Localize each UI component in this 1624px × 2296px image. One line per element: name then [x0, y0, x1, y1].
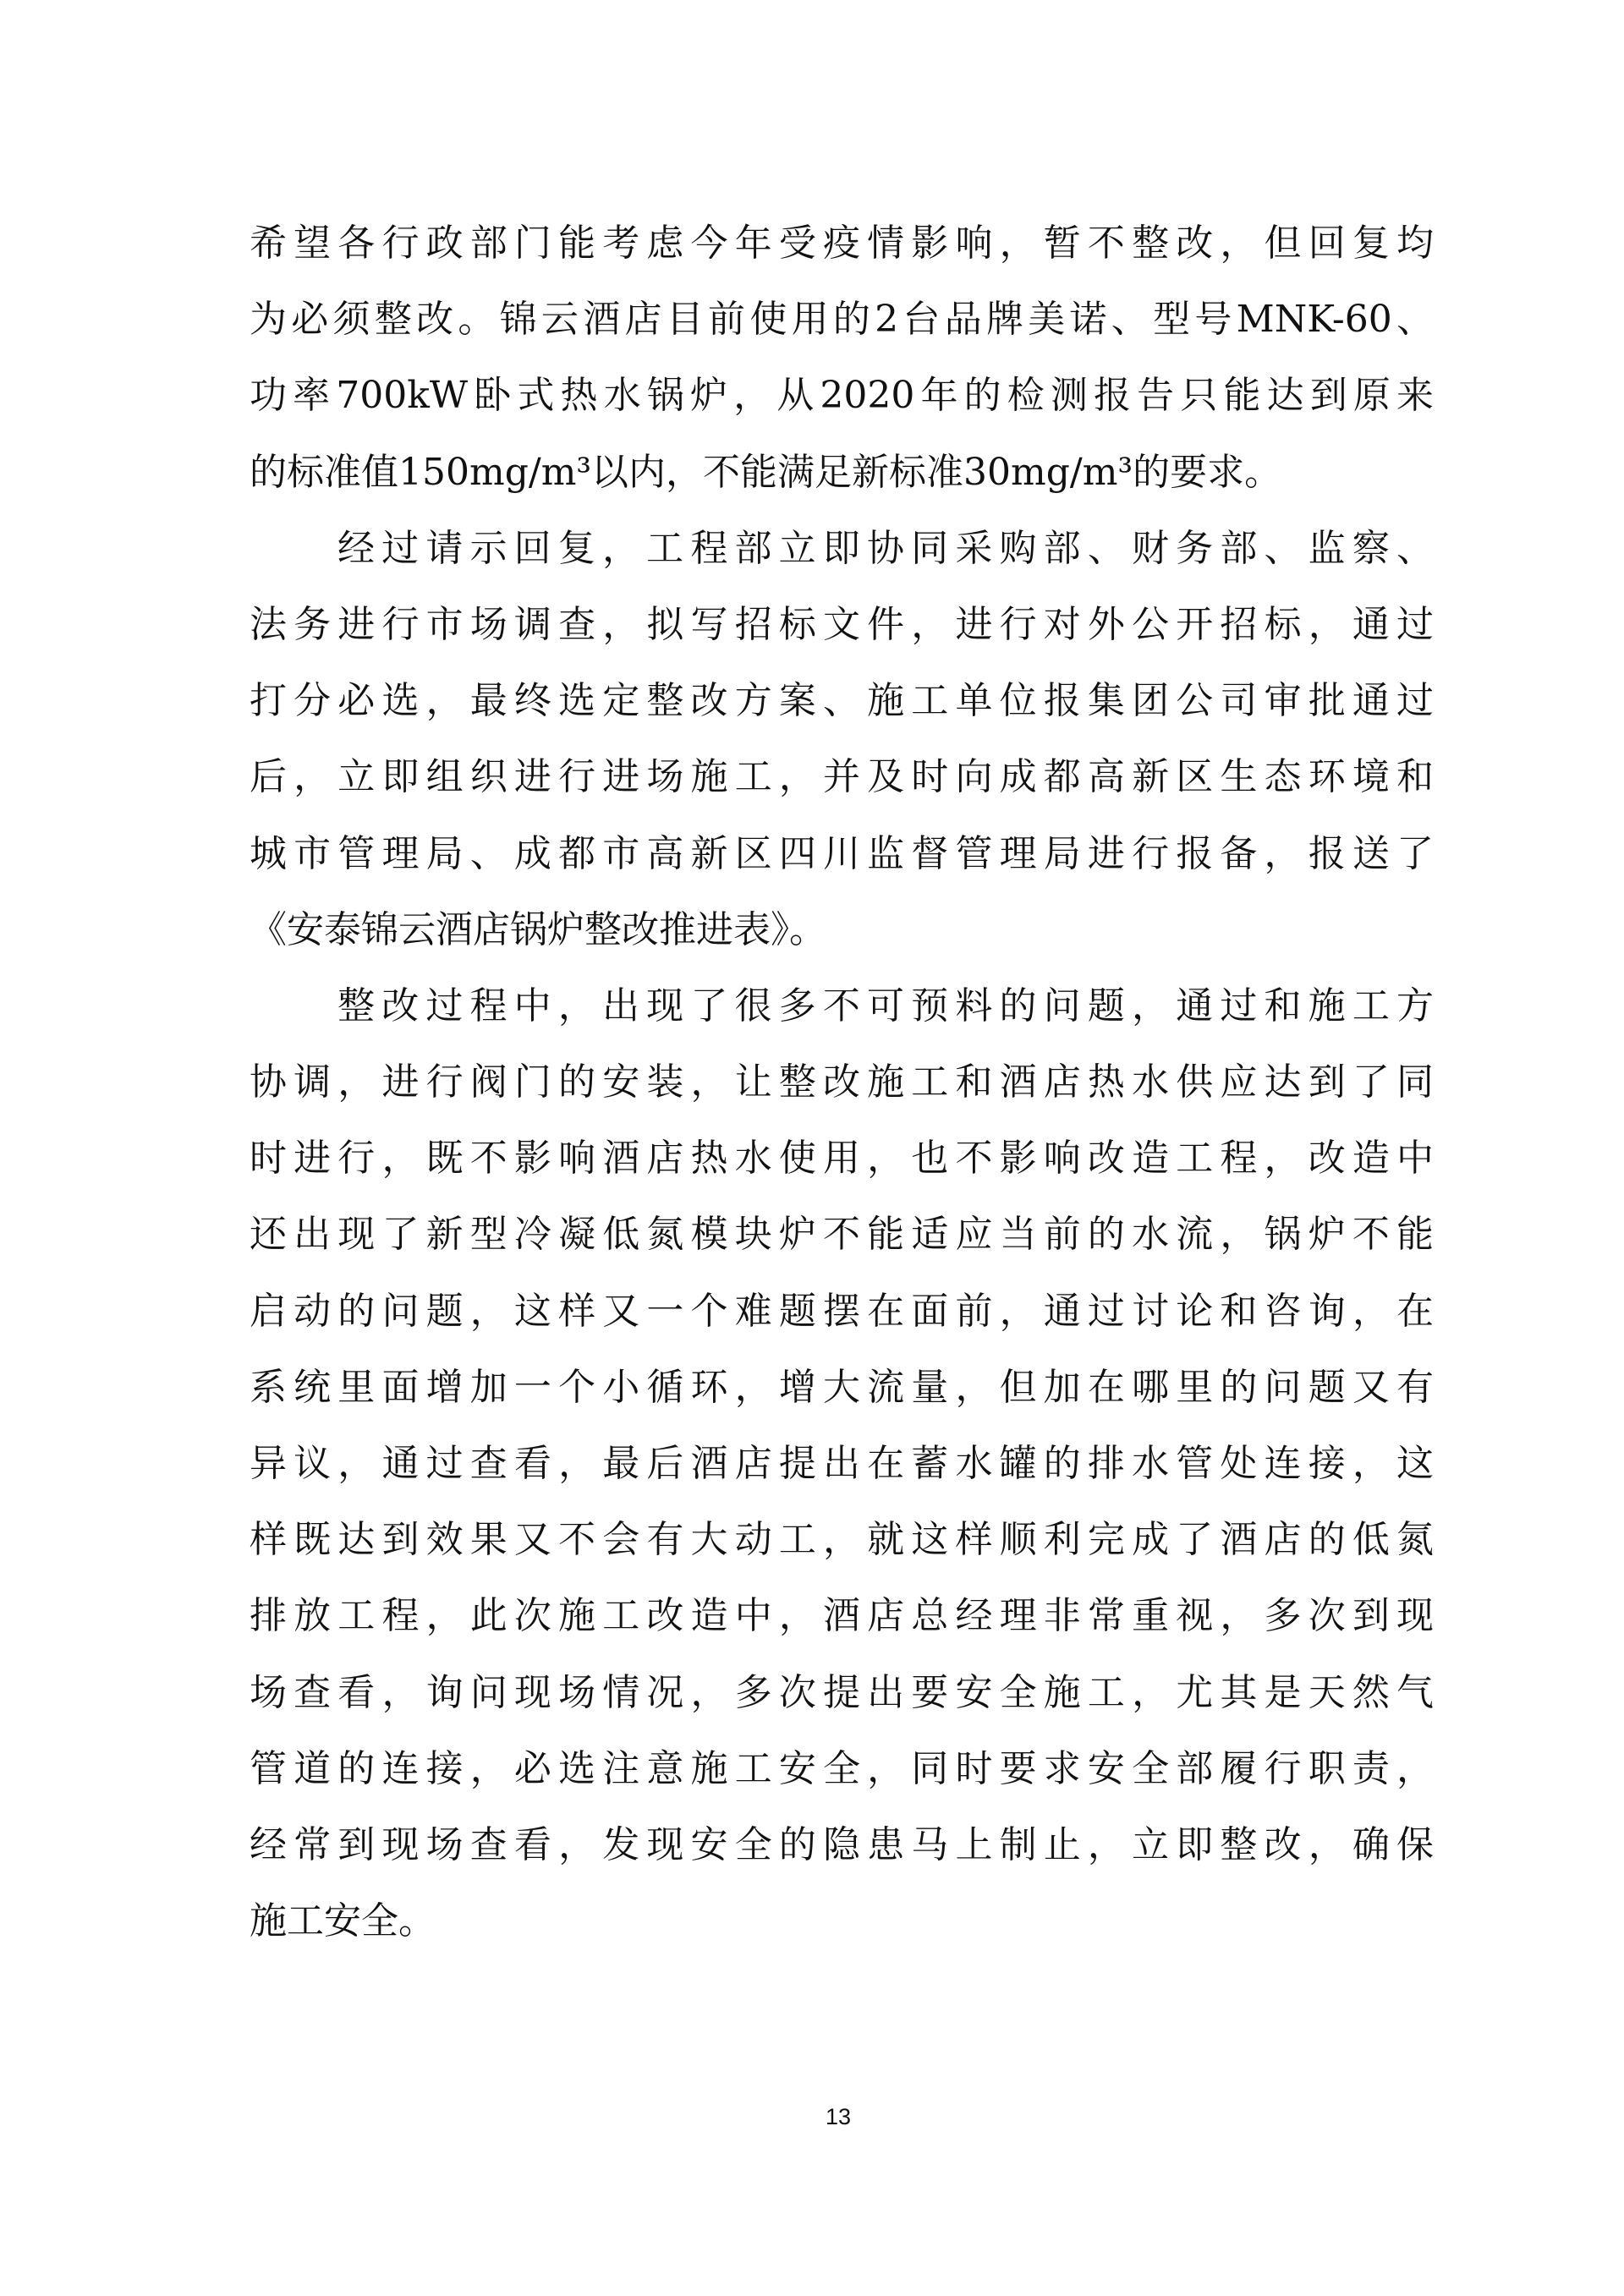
text-line: 《安泰锦云酒店锅炉整改推进表》。 [250, 892, 1434, 968]
text-line: 经过请示回复，工程部立即协同采购部、财务部、监察、 [250, 511, 1434, 587]
text-line: 时进行，既不影响酒店热水使用，也不影响改造工程，改造中 [250, 1121, 1434, 1197]
text-line: 为必须整改。锦云酒店目前使用的2台品牌美诺、型号MNK-60、 [250, 282, 1434, 358]
paragraph-2: 经过请示回复，工程部立即协同采购部、财务部、监察、 法务进行市场调查，拟写招标文… [250, 511, 1434, 968]
text-line: 施工安全。 [250, 1883, 1434, 1959]
text-line: 场查看，询问现场情况，多次提出要安全施工，尤其是天然气 [250, 1655, 1434, 1731]
page-number: 13 [812, 2101, 864, 2132]
text-line: 协调，进行阀门的安装，让整改施工和酒店热水供应达到了同 [250, 1044, 1434, 1121]
text-line: 启动的问题，这样又一个难题摆在面前，通过讨论和咨询，在 [250, 1274, 1434, 1350]
paragraph-1: 希望各行政部门能考虑今年受疫情影响，暂不整改，但回复均 为必须整改。锦云酒店目前… [250, 205, 1434, 511]
text-line: 法务进行市场调查，拟写招标文件，进行对外公开招标，通过 [250, 587, 1434, 663]
text-line: 打分必选，最终选定整改方案、施工单位报集团公司审批通过 [250, 663, 1434, 739]
text-line: 经常到现场查看，发现安全的隐患马上制止，立即整改，确保 [250, 1807, 1434, 1883]
text-line: 后，立即组织进行进场施工，并及时向成都高新区生态环境和 [250, 739, 1434, 815]
text-line: 还出现了新型冷凝低氮模块炉不能适应当前的水流，锅炉不能 [250, 1197, 1434, 1273]
text-line: 系统里面增加一个小循环，增大流量，但加在哪里的问题又有 [250, 1350, 1434, 1426]
text-line: 的标准值150mg/m³以内，不能满足新标准30mg/m³的要求。 [250, 435, 1434, 511]
text-line: 管道的连接，必选注意施工安全，同时要求安全部履行职责， [250, 1731, 1434, 1807]
text-line: 排放工程，此次施工改造中，酒店总经理非常重视，多次到现 [250, 1578, 1434, 1654]
text-line: 整改过程中，出现了很多不可预料的问题，通过和施工方 [250, 968, 1434, 1044]
text-line: 异议，通过查看，最后酒店提出在蓄水罐的排水管处连接，这 [250, 1426, 1434, 1502]
text-line: 功率700kW卧式热水锅炉，从2020年的检测报告只能达到原来 [250, 358, 1434, 434]
text-line: 希望各行政部门能考虑今年受疫情影响，暂不整改，但回复均 [250, 205, 1434, 282]
paragraph-3: 整改过程中，出现了很多不可预料的问题，通过和施工方 协调，进行阀门的安装，让整改… [250, 968, 1434, 1959]
text-line: 样既达到效果又不会有大动工，就这样顺利完成了酒店的低氮 [250, 1502, 1434, 1578]
document-page: 希望各行政部门能考虑今年受疫情影响，暂不整改，但回复均 为必须整改。锦云酒店目前… [0, 0, 1624, 2296]
text-line: 城市管理局、成都市高新区四川监督管理局进行报备，报送了 [250, 816, 1434, 892]
body-text: 希望各行政部门能考虑今年受疫情影响，暂不整改，但回复均 为必须整改。锦云酒店目前… [250, 205, 1434, 1959]
